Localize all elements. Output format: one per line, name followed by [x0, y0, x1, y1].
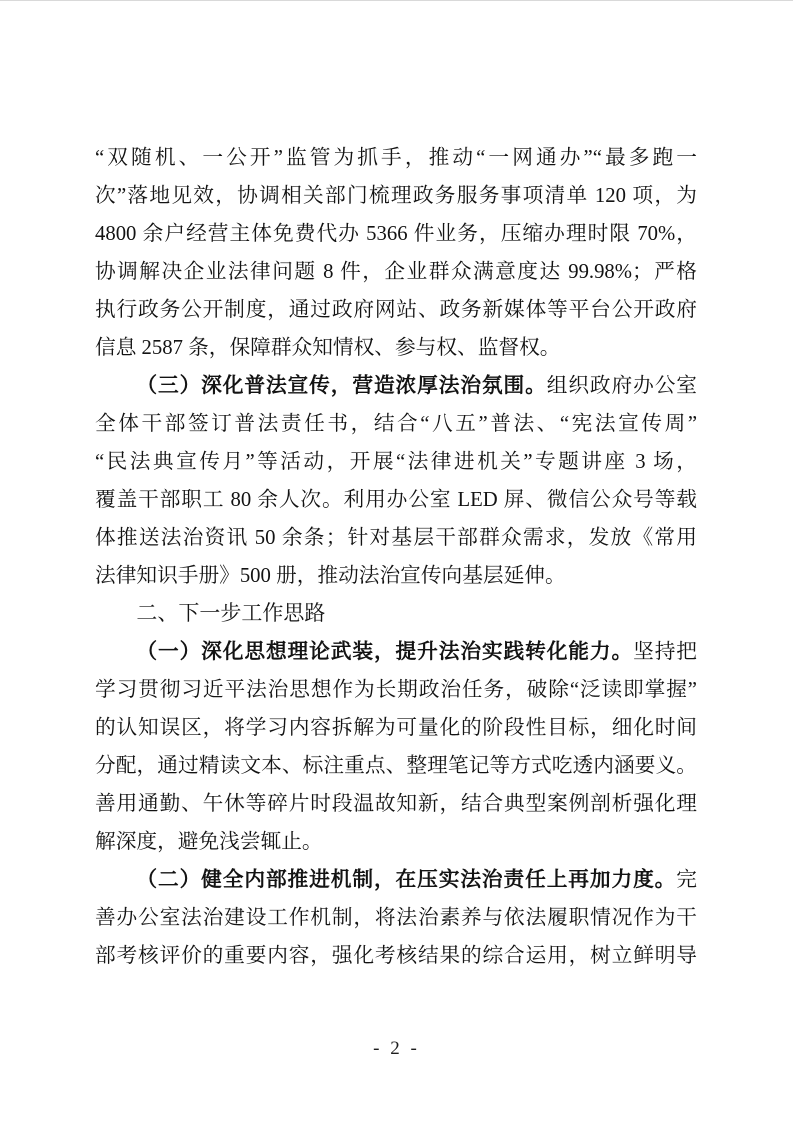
text-line: 二、下一步工作思路	[95, 595, 697, 633]
text-segment-body: 法律知识手册》500 册，推动法治宣传向基层延伸。	[95, 565, 566, 587]
text-line: 解深度，避免浅尝辄止。	[95, 823, 697, 861]
text-block: “双随机、一公开”监管为抓手，推动“一网通办”“最多跑一次”落地见效，协调相关部…	[95, 139, 697, 975]
text-line: 的认知误区，将学习内容拆解为可量化的阶段性目标，细化时间	[95, 709, 697, 747]
text-line: 执行政务公开制度，通过政府网站、政务新媒体等平台公开政府	[95, 291, 697, 329]
text-segment-hei: 二、下一步工作思路	[136, 602, 325, 625]
text-segment-body: 全体干部签订普法责任书，结合“八五”普法、“宪法宣传周”	[95, 413, 697, 435]
text-segment-body: 执行政务公开制度，通过政府网站、政务新媒体等平台公开政府	[95, 299, 697, 321]
text-segment-body: 的认知误区，将学习内容拆解为可量化的阶段性目标，细化时间	[95, 717, 697, 739]
text-segment-body: 体推送法治资讯 50 余条；针对基层干部群众需求，发放《常用	[95, 527, 697, 549]
text-segment-body: 4800 余户经营主体免费代办 5366 件业务，压缩办理时限 70%，	[95, 223, 697, 245]
text-line: 全体干部签订普法责任书，结合“八五”普法、“宪法宣传周”	[95, 405, 697, 443]
text-segment-body: 次”落地见效，协调相关部门梳理政务服务事项清单 120 项，为	[95, 185, 697, 207]
text-line: 覆盖干部职工 80 余人次。利用办公室 LED 屏、微信公众号等载	[95, 481, 697, 519]
text-segment-body: 善办公室法治建设工作机制，将法治素养与依法履职情况作为干	[95, 907, 697, 929]
page-top-edge	[0, 0, 793, 1]
text-line: “双随机、一公开”监管为抓手，推动“一网通办”“最多跑一	[95, 139, 697, 177]
text-line: （三）深化普法宣传，营造浓厚法治氛围。组织政府办公室	[95, 367, 697, 405]
text-segment-body: 协调解决企业法律问题 8 件，企业群众满意度达 99.98%；严格	[95, 261, 697, 283]
text-line: 分配，通过精读文本、标注重点、整理笔记等方式吃透内涵要义。	[95, 747, 697, 785]
text-line: 协调解决企业法律问题 8 件，企业群众满意度达 99.98%；严格	[95, 253, 697, 291]
page-footer: - 2 -	[0, 1038, 793, 1060]
text-segment-body: 覆盖干部职工 80 余人次。利用办公室 LED 屏、微信公众号等载	[95, 489, 697, 511]
page-number: - 2 -	[373, 1038, 420, 1059]
text-segment-body: 组织政府办公室	[547, 375, 697, 397]
text-line: 4800 余户经营主体免费代办 5366 件业务，压缩办理时限 70%，	[95, 215, 697, 253]
text-line: （二）健全内部推进机制，在压实法治责任上再加力度。完	[95, 861, 697, 899]
text-line: 善办公室法治建设工作机制，将法治素养与依法履职情况作为干	[95, 899, 697, 937]
text-segment-body: “双随机、一公开”监管为抓手，推动“一网通办”“最多跑一	[95, 147, 697, 169]
text-segment-body: 信息 2587 条，保障群众知情权、参与权、监督权。	[95, 337, 560, 359]
text-segment-body: 坚持把	[633, 641, 697, 663]
text-line: 信息 2587 条，保障群众知情权、参与权、监督权。	[95, 329, 697, 367]
text-line: 次”落地见效，协调相关部门梳理政务服务事项清单 120 项，为	[95, 177, 697, 215]
text-segment-body: 学习贯彻习近平法治思想作为长期政治任务，破除“泛读即掌握”	[95, 679, 697, 701]
text-line: （一）深化思想理论武装，提升法治实践转化能力。坚持把	[95, 633, 697, 671]
text-segment-body: 完	[676, 869, 697, 891]
text-segment-body: 部考核评价的重要内容，强化考核结果的综合运用，树立鲜明导	[95, 945, 697, 967]
text-segment-body: 分配，通过精读文本、标注重点、整理笔记等方式吃透内涵要义。	[95, 755, 697, 777]
text-line: 部考核评价的重要内容，强化考核结果的综合运用，树立鲜明导	[95, 937, 697, 975]
text-segment-body: 善用通勤、午休等碎片时段温故知新，结合典型案例剖析强化理	[95, 793, 697, 815]
text-segment-lead: （一）深化思想理论武装，提升法治实践转化能力。	[136, 641, 633, 663]
text-line: 法律知识手册》500 册，推动法治宣传向基层延伸。	[95, 557, 697, 595]
text-line: 学习贯彻习近平法治思想作为长期政治任务，破除“泛读即掌握”	[95, 671, 697, 709]
text-line: 体推送法治资讯 50 余条；针对基层干部群众需求，发放《常用	[95, 519, 697, 557]
text-segment-lead: （三）深化普法宣传，营造浓厚法治氛围。	[136, 375, 546, 397]
text-line: 善用通勤、午休等碎片时段温故知新，结合典型案例剖析强化理	[95, 785, 697, 823]
text-segment-body: 解深度，避免浅尝辄止。	[95, 831, 323, 853]
text-segment-lead: （二）健全内部推进机制，在压实法治责任上再加力度。	[136, 869, 676, 891]
text-segment-body: “民法典宣传月”等活动，开展“法律进机关”专题讲座 3 场，	[95, 451, 697, 473]
text-line: “民法典宣传月”等活动，开展“法律进机关”专题讲座 3 场，	[95, 443, 697, 481]
